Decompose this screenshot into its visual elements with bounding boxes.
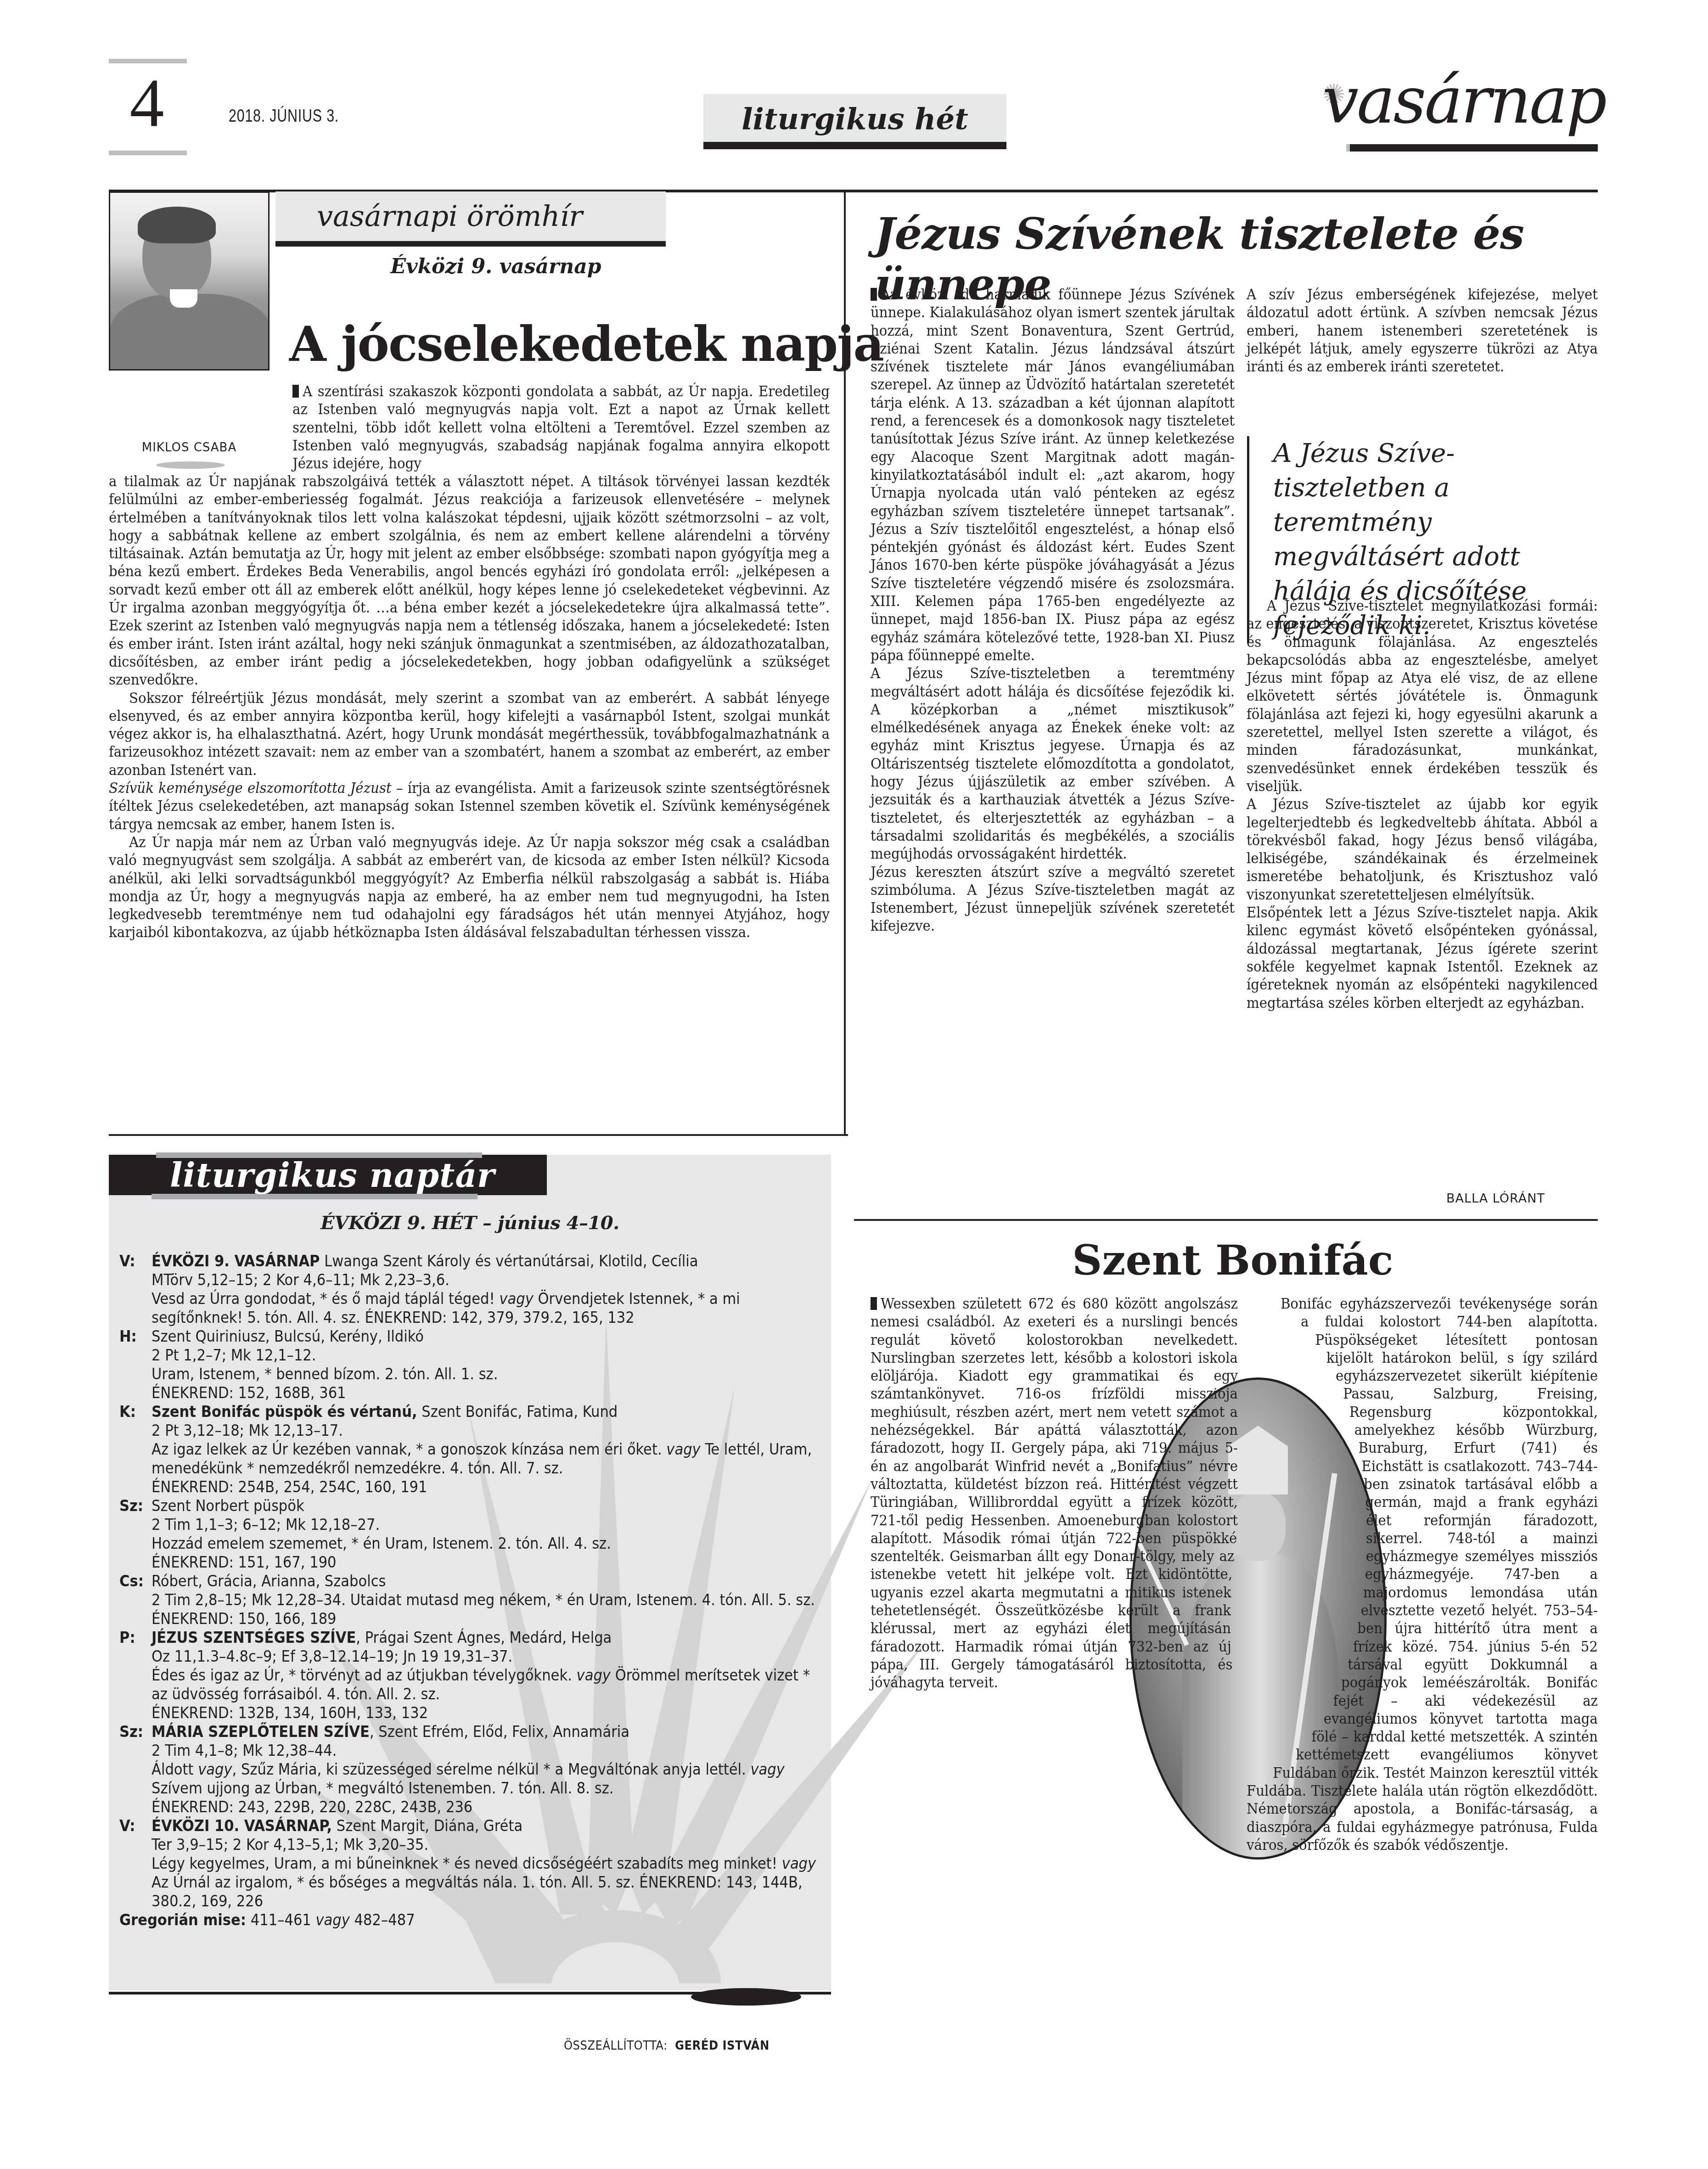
day-abbrev: P: bbox=[119, 1629, 152, 1723]
calendar-ornament bbox=[691, 1988, 801, 2006]
reading-line: 2 Tim 2,8–15; Mk 12,28–34. Utaidat mutas… bbox=[152, 1591, 826, 1629]
author-caption: MIKLOS CSABA bbox=[109, 441, 270, 455]
heart-paragraph: A Jézus Szíve-tisztelet megnyilatkozási … bbox=[1247, 597, 1598, 795]
reading-line: Légy kegyelmes, Uram, a mi bűneinknek * … bbox=[152, 1854, 826, 1911]
sermon-paragraph: Szívük keménysége elszomorította Jézust … bbox=[109, 779, 830, 833]
calendar-credit: ÖSSZEÁLLÍTOTTA: GERÉD ISTVÁN bbox=[564, 2039, 770, 2053]
feast-line: ÉVKÖZI 10. VASÁRNAP, Szent Margit, Diána… bbox=[152, 1817, 826, 1836]
calendar-day: Sz:Szent Norbert püspök2 Tim 1,1–3; 6–12… bbox=[119, 1497, 826, 1572]
issue-date: 2018. JÚNIUS 3. bbox=[229, 107, 339, 126]
feast-line: Szent Quiriniusz, Bulcsú, Kerény, Ildikó bbox=[152, 1327, 826, 1346]
calendar-week: ÉVKÖZI 9. HÉT – június 4–10. bbox=[109, 1212, 831, 1234]
column-divider bbox=[844, 191, 846, 1136]
reading-line: 2 Pt 3,12–18; Mk 12,13–17. bbox=[152, 1422, 826, 1440]
reading-line: 2 Tim 1,1–3; 6–12; Mk 12,18–27. bbox=[152, 1516, 826, 1534]
reading-line: ÉNEKREND: 254B, 254, 254C, 160, 191 bbox=[152, 1478, 826, 1497]
masthead-logo: vasárnap bbox=[1322, 69, 1598, 133]
reading-line: Ter 3,9–15; 2 Kor 4,13–5,1; Mk 3,20–35. bbox=[152, 1836, 826, 1854]
feast-line: JÉZUS SZENTSÉGES SZÍVE, Prágai Szent Ágn… bbox=[152, 1629, 826, 1647]
calendar-list: V:ÉVKÖZI 9. VASÁRNAP Lwanga Szent Károly… bbox=[119, 1252, 826, 1930]
masthead-bar bbox=[1350, 144, 1598, 152]
reading-line: ÉNEKREND: 132B, 134, 160H, 133, 132 bbox=[152, 1704, 826, 1723]
reading-line: Uram, Istenem, * benned bízom. 2. tón. A… bbox=[152, 1365, 826, 1384]
section-rule bbox=[109, 1134, 848, 1136]
day-abbrev: Sz: bbox=[119, 1497, 152, 1572]
day-abbrev: Cs: bbox=[119, 1572, 152, 1629]
sermon-body: a tilalmak az Úr napjának rabszolgáivá t… bbox=[109, 472, 830, 942]
lead-marker-icon bbox=[292, 385, 299, 398]
day-abbrev: H: bbox=[119, 1327, 152, 1403]
sermon-paragraph: Sokszor félreértjük Jézus mondását, mely… bbox=[109, 689, 830, 779]
column-kicker: vasárnapi örömhír bbox=[275, 191, 666, 247]
calendar-title: liturgikus naptár bbox=[170, 1157, 495, 1194]
reading-line: 2 Pt 1,2–7; Mk 12,1–12. bbox=[152, 1346, 826, 1365]
reading-line: ÉNEKREND: 152, 168B, 361 bbox=[152, 1384, 826, 1403]
sermon-headline: A jócselekedetek napja bbox=[289, 317, 883, 372]
reading-line: ÉNEKREND: 243, 229B, 220, 228C, 243B, 23… bbox=[152, 1798, 826, 1817]
sermon-paragraph: a tilalmak az Úr napjának rabszolgáivá t… bbox=[109, 472, 830, 689]
calendar-day: V:ÉVKÖZI 9. VASÁRNAP Lwanga Szent Károly… bbox=[119, 1252, 826, 1327]
heart-paragraph: A Jézus Szíve-tiszteletben a teremtmény … bbox=[871, 664, 1235, 863]
reading-line: Oz 11,1.3–4.8c–9; Ef 3,8–12.14–19; Jn 19… bbox=[152, 1647, 826, 1666]
feast-line: ÉVKÖZI 9. VASÁRNAP Lwanga Szent Károly é… bbox=[152, 1252, 826, 1271]
calendar-day: V:ÉVKÖZI 10. VASÁRNAP, Szent Margit, Diá… bbox=[119, 1817, 826, 1911]
heart-paragraph: A Jézus Szíve-tisztelet az újabb kor egy… bbox=[1247, 795, 1598, 904]
page-number-bar-bottom bbox=[109, 151, 187, 155]
section-rule bbox=[854, 1219, 1598, 1221]
feast-line: Szent Norbert püspök bbox=[152, 1497, 826, 1516]
reading-line: Az igaz lelkek az Úr kezében vannak, * a… bbox=[152, 1440, 826, 1478]
reading-line: 2 Tim 4,1–8; Mk 12,38–44. bbox=[152, 1742, 826, 1760]
reading-line: Hozzád emelem szememet, * én Uram, Isten… bbox=[152, 1534, 826, 1553]
heart-paragraph: Elsőpéntek lett a Jézus Szíve-tisztelet … bbox=[1247, 904, 1598, 1012]
day-abbrev: Sz: bbox=[119, 1723, 152, 1817]
author-photo bbox=[109, 191, 270, 371]
caption-ornament bbox=[156, 461, 225, 469]
heart-column-2-top: A szív Jézus emberségének kifejezése, me… bbox=[1247, 286, 1598, 376]
sermon-subtitle: Évközi 9. vasárnap bbox=[358, 255, 634, 278]
section-tag: liturgikus hét bbox=[703, 94, 1006, 149]
reading-line: Édes és igaz az Úr, * törvényt ad az útj… bbox=[152, 1666, 826, 1704]
day-abbrev: K: bbox=[119, 1403, 152, 1497]
calendar-day: Sz:MÁRIA SZEPLŐTELEN SZÍVE, Szent Efrém,… bbox=[119, 1723, 826, 1817]
lead-marker-icon bbox=[871, 288, 877, 301]
boniface-title: Szent Bonifác bbox=[875, 1235, 1591, 1286]
sermon-lead: A szentírási szakaszok központi gondolat… bbox=[292, 382, 830, 472]
heart-article-byline: BALLA LÓRÁNT bbox=[1446, 1191, 1545, 1206]
feast-line: MÁRIA SZEPLŐTELEN SZÍVE, Szent Efrém, El… bbox=[152, 1723, 826, 1742]
heart-column-2: A Jézus Szíve-tisztelet megnyilatkozási … bbox=[1247, 597, 1598, 1012]
day-abbrev: V: bbox=[119, 1252, 152, 1327]
calendar-day: P:JÉZUS SZENTSÉGES SZÍVE, Prágai Szent Á… bbox=[119, 1629, 826, 1723]
day-abbrev: V: bbox=[119, 1817, 152, 1911]
boniface-column-2: Bonifác egyházszervezői tevékenysége sor… bbox=[1247, 1295, 1598, 1860]
feast-line: Róbert, Grácia, Arianna, Szabolcs bbox=[152, 1572, 826, 1591]
feast-line: Szent Bonifác püspök és vértanú, Szent B… bbox=[152, 1403, 826, 1422]
boniface-column-1: Wessexben született 672 és 680 között an… bbox=[871, 1295, 1238, 1882]
gregorian-mass: Gregorián mise: 411–461 vagy 482–487 bbox=[119, 1911, 826, 1930]
page-number: 4 bbox=[119, 69, 174, 138]
heart-paragraph: Az évközi idő harmadik főünnepe Jézus Sz… bbox=[871, 286, 1235, 664]
sermon-paragraph: Az Úr napja már nem az Úrban való megnyu… bbox=[109, 833, 830, 942]
page-number-bar-top bbox=[109, 59, 187, 63]
lead-marker-icon bbox=[871, 1297, 877, 1310]
calendar-day: H:Szent Quiriniusz, Bulcsú, Kerény, Ildi… bbox=[119, 1327, 826, 1403]
calendar-day: Cs:Róbert, Grácia, Arianna, Szabolcs2 Ti… bbox=[119, 1572, 826, 1629]
reading-line: Vesd az Úrra gondodat, * és ő majd táplá… bbox=[152, 1290, 826, 1327]
reading-line: ÉNEKREND: 151, 167, 190 bbox=[152, 1553, 826, 1572]
scripture-quote: Szívük keménysége elszomorította Jézust bbox=[109, 779, 392, 797]
reading-line: Áldott vagy, Szűz Mária, ki szüzességed … bbox=[152, 1760, 826, 1798]
heart-column-1: Az évközi idő harmadik főünnepe Jézus Sz… bbox=[871, 286, 1235, 935]
heart-paragraph: Jézus kereszten átszúrt szíve a megváltó… bbox=[871, 863, 1235, 935]
calendar-day: K:Szent Bonifác püspök és vértanú, Szent… bbox=[119, 1403, 826, 1497]
reading-line: MTörv 5,12–15; 2 Kor 4,6–11; Mk 2,23–3,6… bbox=[152, 1271, 826, 1290]
